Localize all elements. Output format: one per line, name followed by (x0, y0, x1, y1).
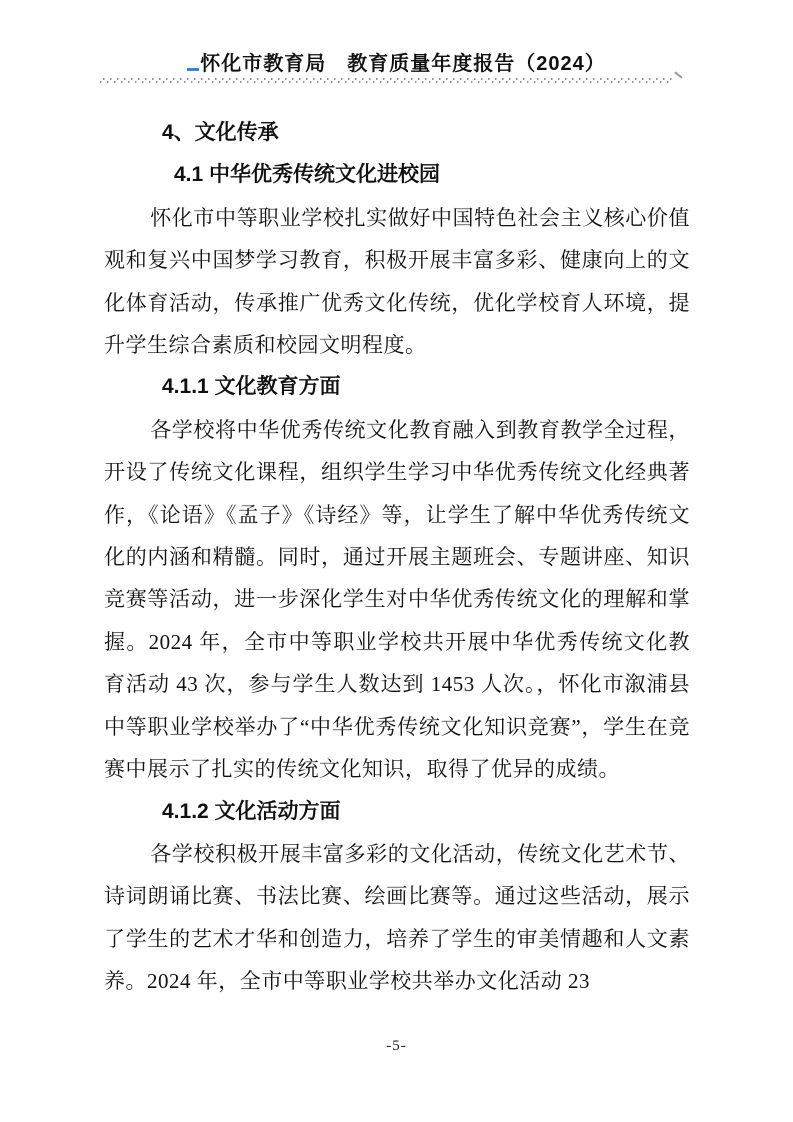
page-number: -5- (0, 1038, 793, 1055)
header-divider (100, 78, 672, 84)
document-page: 怀化市教育局 教育质量年度报告（2024） 4、文化传承 4.1 中华优秀传统文… (0, 0, 793, 1122)
section-heading-culture-heritage: 4、文化传承 (162, 112, 690, 154)
document-body: 4、文化传承 4.1 中华优秀传统文化进校园 怀化市中等职业学校扎实做好中国特色… (104, 112, 690, 1003)
subsection-heading-culture-activities: 4.1.2 文化活动方面 (162, 791, 690, 833)
paragraph-overview: 怀化市中等职业学校扎实做好中国特色社会主义核心价值观和复兴中国梦学习教育，积极开… (104, 197, 690, 367)
header-title: 怀化市教育局 教育质量年度报告（2024） (200, 53, 606, 75)
subsection-heading-traditional-culture: 4.1 中华优秀传统文化进校园 (174, 154, 690, 196)
paragraph-culture-education: 各学校将中华优秀传统文化教育融入到教育教学全过程，开设了传统文化课程，组织学生学… (104, 409, 690, 791)
subsection-heading-culture-education: 4.1.1 文化教育方面 (162, 366, 690, 408)
edit-underline-mark (187, 68, 199, 71)
paragraph-culture-activities: 各学校积极开展丰富多彩的文化活动，传统文化艺术节、诗词朗诵比赛、书法比赛、绘画比… (104, 833, 690, 1003)
